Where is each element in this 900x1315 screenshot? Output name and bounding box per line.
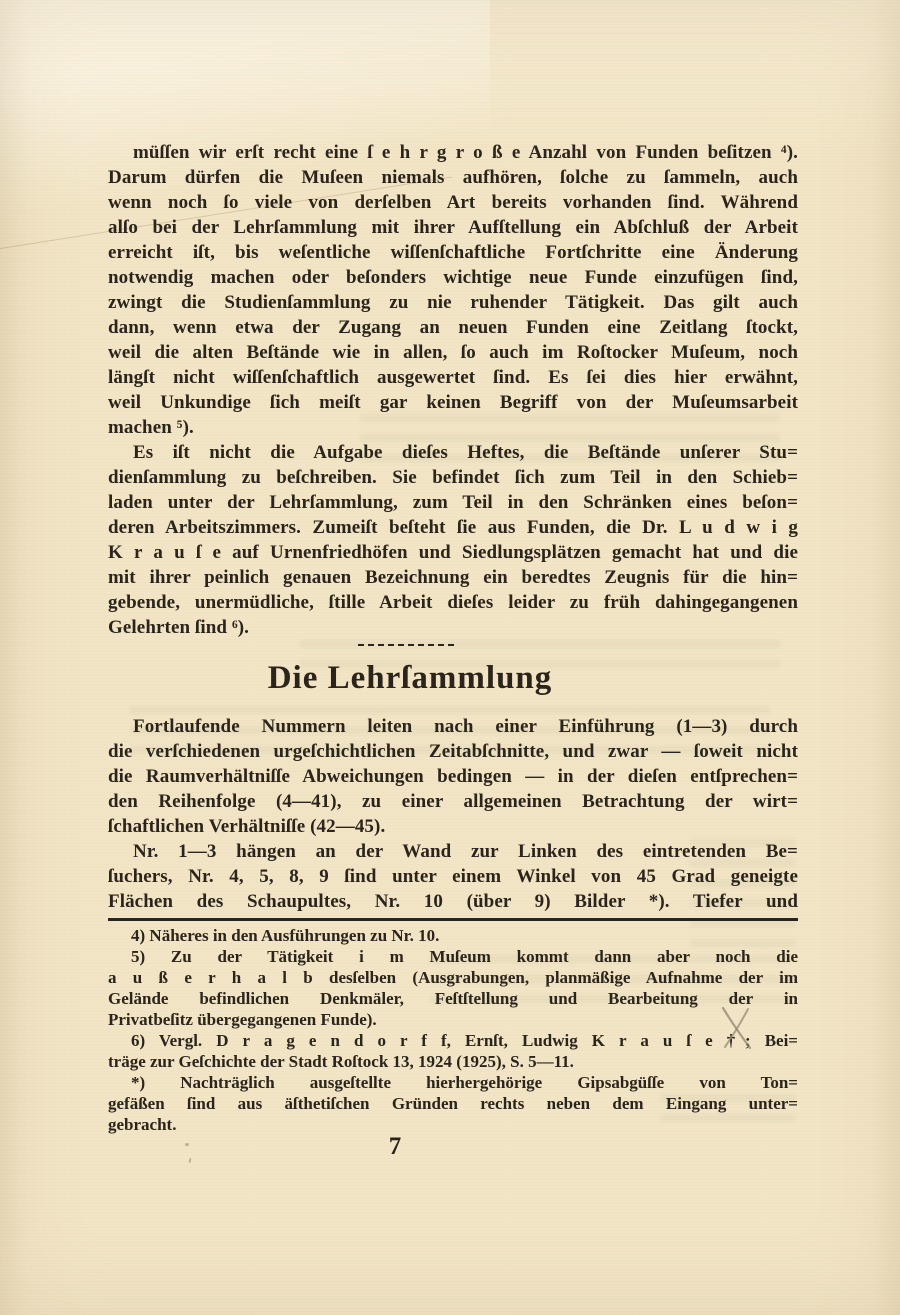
scanned-book-page: müſſen wir erſt recht eine ſ e h r g r o…	[0, 0, 900, 1315]
text-line: Gelehrten ſind ⁶).	[108, 615, 798, 640]
text-line: den Reihenfolge (4—41), zu einer allgeme…	[108, 789, 798, 814]
body-paragraph-3: Fortlaufende Nummern leiten nach einer E…	[108, 714, 798, 839]
text-line: notwendig machen oder beſonders wichtige…	[108, 265, 798, 290]
footnote-line: Gelände befindlichen Denkmäler, Feſtſtel…	[108, 988, 798, 1009]
text-line: deren Arbeitszimmers. Zumeiſt beſteht ſi…	[108, 515, 798, 540]
body-paragraph-2: Es iſt nicht die Aufgabe dieſes Heftes, …	[108, 440, 798, 640]
text-line: K r a u ſ e auf Urnenfriedhöfen und Sied…	[108, 540, 798, 565]
text-line: Darum dürfen die Muſeen niemals aufhören…	[108, 165, 798, 190]
footnote-line: 4) Näheres in den Ausführungen zu Nr. 10…	[108, 925, 798, 946]
text-line: weil die alten Beſtände wie in allen, ſo…	[108, 340, 798, 365]
text-line: die Raumverhältniſſe Abweichungen beding…	[108, 764, 798, 789]
text-line: alſo bei der Lehrſammlung mit ihrer Aufſ…	[108, 215, 798, 240]
pencil-speck	[188, 1158, 191, 1163]
text-line: ſuchers, Nr. 4, 5, 8, 9 ſind unter einem…	[108, 864, 798, 889]
footnote-line: gebracht.	[108, 1114, 798, 1135]
text-line: Es iſt nicht die Aufgabe dieſes Heftes, …	[108, 440, 798, 465]
footnote-5: 5) Zu der Tätigkeit i m Muſeum kommt dan…	[108, 946, 798, 1030]
footnote-line: gefäßen ſind aus äſthetiſchen Gründen re…	[108, 1093, 798, 1114]
body-paragraph-1: müſſen wir erſt recht eine ſ e h r g r o…	[108, 140, 798, 440]
footnote-line: a u ß e r h a l b desſelben (Ausgrabunge…	[108, 967, 798, 988]
text-line: machen ⁵).	[108, 415, 798, 440]
footnote-line: *) Nachträglich ausgeſtellte hierhergehö…	[108, 1072, 798, 1093]
pencil-speck	[185, 1143, 189, 1146]
page-number: 7	[360, 1133, 430, 1161]
section-heading: Die Lehrſammlung	[65, 658, 755, 698]
text-line: weil Unkundige ſich meiſt gar keinen Beg…	[108, 390, 798, 415]
pencil-x-mark	[718, 1002, 756, 1054]
text-line: Fortlaufende Nummern leiten nach einer E…	[108, 714, 798, 739]
text-line: Flächen des Schaupultes, Nr. 10 (über 9)…	[108, 889, 798, 914]
text-line: die verſchiedenen urgeſchichtlichen Zeit…	[108, 739, 798, 764]
text-column: müſſen wir erſt recht eine ſ e h r g r o…	[108, 140, 798, 1135]
text-line: erreicht iſt, bis weſentliche wiſſenſcha…	[108, 240, 798, 265]
text-line: wenn noch ſo viele von derſelben Art ber…	[108, 190, 798, 215]
footnote-star: *) Nachträglich ausgeſtellte hierhergehö…	[108, 1072, 798, 1135]
footnote-line: 5) Zu der Tätigkeit i m Muſeum kommt dan…	[108, 946, 798, 967]
text-line: ſchaftlichen Verhältniſſe (42—45).	[108, 814, 798, 839]
text-line: laden unter der Lehrſammlung, zum Teil i…	[108, 490, 798, 515]
section-divider	[358, 644, 454, 646]
text-line: gebende, unermüdliche, ſtille Arbeit die…	[108, 590, 798, 615]
text-line: zwingt die Studienſammlung zu nie ruhend…	[108, 290, 798, 315]
footnote-line: Privatbeſitz übergegangenen Funde).	[108, 1009, 798, 1030]
text-line: längſt nicht wiſſenſchaftlich ausgewerte…	[108, 365, 798, 390]
footnote-line: träge zur Geſchichte der Stadt Roſtock 1…	[108, 1051, 798, 1072]
footnote-line: 6) Vergl. D r a g e n d o r f f, Ernſt, …	[108, 1030, 798, 1051]
text-line: dann, wenn etwa der Zugang an neuen Fund…	[108, 315, 798, 340]
text-line: Nr. 1—3 hängen an der Wand zur Linken de…	[108, 839, 798, 864]
text-line: dienſammlung zu beſchreiben. Sie befinde…	[108, 465, 798, 490]
text-line: müſſen wir erſt recht eine ſ e h r g r o…	[108, 140, 798, 165]
footnote-separator	[108, 918, 798, 921]
footnotes-block: 4) Näheres in den Ausführungen zu Nr. 10…	[108, 925, 798, 1135]
text-line: mit ihrer peinlich genauen Bezeichnung e…	[108, 565, 798, 590]
body-paragraph-4: Nr. 1—3 hängen an der Wand zur Linken de…	[108, 839, 798, 914]
footnote-4: 4) Näheres in den Ausführungen zu Nr. 10…	[108, 925, 798, 946]
footnote-6: 6) Vergl. D r a g e n d o r f f, Ernſt, …	[108, 1030, 798, 1072]
